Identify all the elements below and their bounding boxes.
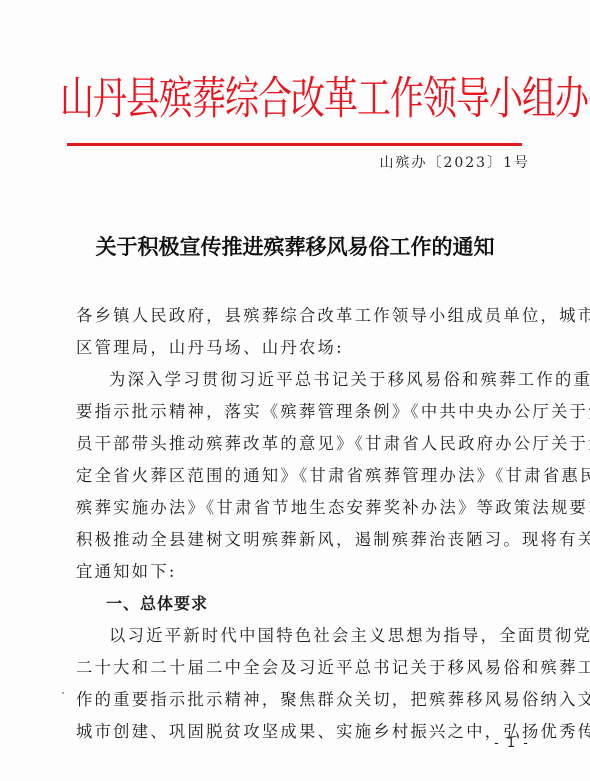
body-line: 以习近平新时代中国特色社会主义思想为指导，全面贯彻党的 [76,620,521,652]
body-line: 殡葬实施办法》《甘肃省节地生态安葬奖补办法》等政策法规要求， [76,492,521,524]
issuing-organization-header: 山丹县殡葬综合改革工作领导小组办公室 [60,61,530,138]
body-line: 要指示批示精神，落实《殡葬管理条例》《中共中央办公厅关于党 [76,396,521,428]
document-title: 关于积极宣传推进殡葬移风易俗工作的通知 [40,232,550,262]
body-line: 二十大和二十届二中全会及习近平总书记关于移风易俗和殡葬工 [76,652,521,684]
body-line: 定全省火葬区范围的通知》《甘肃省殡葬管理办法》《甘肃省惠民 [76,460,521,492]
body-line: 各乡镇人民政府，县殡葬综合改革工作领导小组成员单位，城市社 [76,300,521,332]
body-line: 积极推动全县建树文明殡葬新风，遏制殡葬治丧陋习。现将有关事 [76,524,521,556]
document-page: 山丹县殡葬综合改革工作领导小组办公室 山殡办〔2023〕1号 关于积极宣传推进殡… [0,0,590,781]
body-line: 为深入学习贯彻习近平总书记关于移风易俗和殡葬工作的重 [76,364,521,396]
page-number: - 1 - [494,736,530,751]
document-number: 山殡办〔2023〕1号 [379,152,530,174]
body-line: 作的重要指示批示精神，聚焦群众关切，把殡葬移风易俗纳入文明 [76,684,521,716]
section-heading: 一、总体要求 [76,588,521,620]
body-line: 宜通知如下: [76,556,521,588]
red-divider-line [67,143,522,146]
body-line: 城市创建、巩固脱贫攻坚成果、实施乡村振兴之中，弘扬优秀传统 [76,716,521,748]
document-body: 各乡镇人民政府，县殡葬综合改革工作领导小组成员单位，城市社 区管理局，山丹马场、… [76,300,521,748]
scan-artifact-dot [62,692,64,694]
body-line: 区管理局，山丹马场、山丹农场: [76,332,521,364]
body-line: 员干部带头推动殡葬改革的意见》《甘肃省人民政府办公厅关于划 [76,428,521,460]
